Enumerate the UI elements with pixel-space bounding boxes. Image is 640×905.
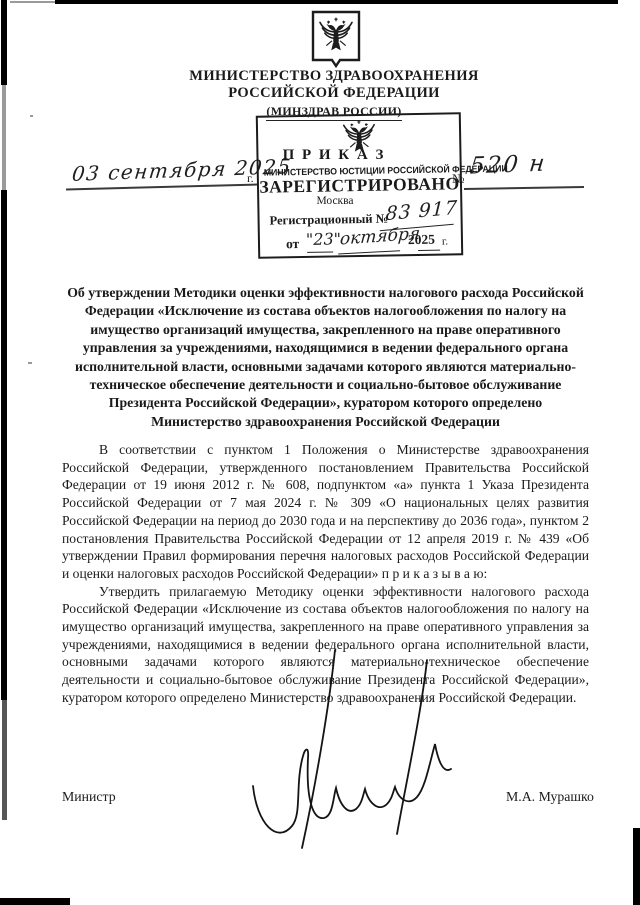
ministry-name-line1: МИНИСТЕРСТВО ЗДРАВООХРАНЕНИЯ (134, 68, 534, 85)
number-underline (464, 186, 584, 190)
signer-position: Министр (62, 789, 116, 805)
scan-edge-top-faint (10, 1, 55, 3)
stamp-year-suffix: г. (442, 235, 448, 247)
scan-edge-left-main (1, 190, 7, 700)
scanned-order-page: МИНИСТЕРСТВО ЗДРАВООХРАНЕНИЯ РОССИЙСКОЙ … (0, 0, 640, 905)
handwritten-signature-icon (245, 648, 460, 858)
ministry-name-line2: РОССИЙСКОЙ ФЕДЕРАЦИИ (134, 85, 534, 102)
body-paragraph-1: В соответствии с пунктом 1 Положения о М… (62, 441, 589, 583)
scan-speck-2 (28, 362, 32, 364)
coat-of-arms-eagle-icon (316, 14, 356, 54)
scan-edge-top (55, 0, 618, 4)
stamp-year-underline (418, 250, 440, 252)
scan-edge-left-gray (2, 85, 6, 190)
stamp-eagle-icon (340, 118, 379, 155)
registration-stamp: МИНИСТЕРСТВО ЮСТИЦИИ РОССИЙСКОЙ ФЕДЕРАЦИ… (256, 112, 463, 259)
letterhead: МИНИСТЕРСТВО ЗДРАВООХРАНЕНИЯ РОССИЙСКОЙ … (134, 68, 534, 121)
scan-edge-left-top (1, 0, 7, 85)
scan-edge-bottom-left (0, 898, 70, 905)
stamp-registered-label: ЗАРЕГИСТРИРОВАНО (259, 173, 460, 198)
stamp-reg-number-value: 83 917 (385, 197, 458, 226)
scan-edge-left-tail (2, 700, 7, 820)
coat-of-arms (311, 10, 361, 68)
order-title: Об утверждении Методики оценки эффективн… (62, 284, 589, 431)
scan-edge-bottom-right (633, 828, 640, 905)
stamp-day-value: "23" (306, 229, 341, 249)
stamp-year-value: 2025 (408, 232, 435, 248)
stamp-month-underline (338, 250, 400, 255)
stamp-from-label: от (286, 236, 299, 252)
stamp-day-underline (307, 251, 333, 253)
scan-speck-1 (30, 115, 33, 117)
signer-name: М.А. Мурашко (506, 789, 594, 805)
stamp-reg-number-label: Регистрационный № (269, 212, 388, 229)
